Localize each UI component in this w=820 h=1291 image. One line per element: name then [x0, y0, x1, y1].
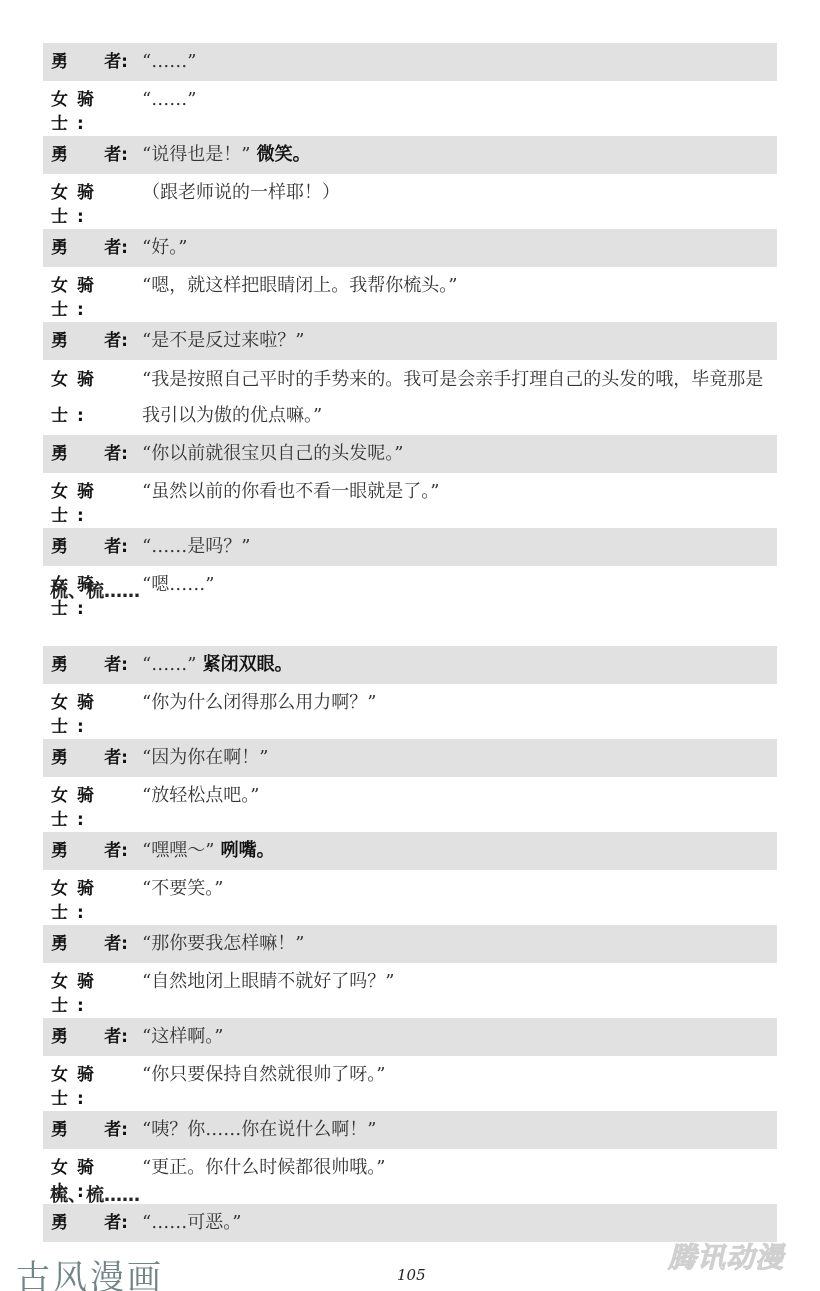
watermark-gufeng: 古风漫画 — [16, 1250, 164, 1291]
speaker-label: 勇者: — [43, 1211, 142, 1235]
speaker-label: 勇者: — [43, 653, 142, 677]
dialogue-text: “虽然以前的你看也不看一眼就是了。” — [142, 480, 777, 504]
dialogue-row: 女骑士:“你只要保持自然就很帅了呀。” — [43, 1056, 777, 1111]
page-number: 105 — [397, 1266, 426, 1284]
speaker-label: 女骑士: — [43, 88, 142, 136]
speaker-label: 女骑士: — [43, 362, 142, 434]
dialogue-block-1: 勇者:“……”女骑士:“……”勇者:“说得也是！” 微笑。女骑士:（跟老师说的一… — [43, 43, 777, 621]
dialogue-text: “说得也是！” 微笑。 — [142, 143, 777, 167]
dialogue-text: “……” — [142, 88, 777, 112]
speaker-label: 勇者: — [43, 932, 142, 956]
dialogue-row: 勇者:“嘿嘿～” 咧嘴。 — [43, 832, 777, 870]
dialogue-text: “好。” — [142, 236, 777, 260]
speaker-label: 女骑士: — [43, 181, 142, 229]
dialogue-text: “这样啊。” — [142, 1025, 777, 1049]
dialogue-row: 女骑士:“我是按照自己平时的手势来的。我可是会亲手打理自己的头发的哦，毕竟那是我… — [43, 360, 777, 435]
dialogue-text: “放轻松点吧。” — [142, 784, 777, 808]
dialogue-text: “自然地闭上眼睛不就好了吗？” — [142, 970, 777, 994]
dialogue-row: 女骑士:“更正。你什么时候都很帅哦。” — [43, 1149, 777, 1204]
dialogue-text: “……” — [142, 50, 777, 74]
dialogue-row: 勇者:“好。” — [43, 229, 777, 267]
dialogue-text: “嗯，就这样把眼睛闭上。我帮你梳头。” — [142, 274, 777, 298]
dialogue-text: “更正。你什么时候都很帅哦。” — [142, 1156, 777, 1180]
dialogue-row: 女骑士:“……” — [43, 81, 777, 136]
dialogue-row: 勇者:“……是吗？” — [43, 528, 777, 566]
speaker-label: 勇者: — [43, 143, 142, 167]
dialogue-text: “……是吗？” — [142, 535, 777, 559]
narration-2: 梳、梳…… — [50, 1181, 140, 1207]
narration-1: 梳、梳…… — [50, 577, 140, 603]
speaker-label: 勇者: — [43, 442, 142, 466]
dialogue-row: 勇者:“咦？你……你在说什么啊！” — [43, 1111, 777, 1149]
dialogue-text: “我是按照自己平时的手势来的。我可是会亲手打理自己的头发的哦，毕竟那是我引以为傲… — [142, 362, 777, 434]
dialogue-row: 勇者:“这样啊。” — [43, 1018, 777, 1056]
speaker-label: 女骑士: — [43, 877, 142, 925]
dialogue-text: “是不是反过来啦？” — [142, 329, 777, 353]
stage-action: 紧闭双眼。 — [196, 654, 292, 675]
dialogue-text: “咦？你……你在说什么啊！” — [142, 1118, 777, 1142]
speaker-label: 女骑士: — [43, 691, 142, 739]
dialogue-text: “你只要保持自然就很帅了呀。” — [142, 1063, 777, 1087]
dialogue-text: “嘿嘿～” 咧嘴。 — [142, 839, 777, 863]
dialogue-row: 女骑士:“虽然以前的你看也不看一眼就是了。” — [43, 473, 777, 528]
speaker-label: 女骑士: — [43, 1063, 142, 1111]
dialogue-text: “你以前就很宝贝自己的头发呢。” — [142, 442, 777, 466]
stage-action: 咧嘴。 — [214, 840, 274, 861]
dialogue-row: 女骑士:“自然地闭上眼睛不就好了吗？” — [43, 963, 777, 1018]
dialogue-row: 女骑士:“你为什么闭得那么用力啊？” — [43, 684, 777, 739]
dialogue-row: 女骑士:“不要笑。” — [43, 870, 777, 925]
dialogue-text: （跟老师说的一样耶！） — [142, 181, 777, 205]
dialogue-row: 勇者:“……可恶。” — [43, 1204, 777, 1242]
dialogue-row: 勇者:“是不是反过来啦？” — [43, 322, 777, 360]
dialogue-row: 勇者:“因为你在啊！” — [43, 739, 777, 777]
dialogue-text: “因为你在啊！” — [142, 746, 777, 770]
speaker-label: 勇者: — [43, 329, 142, 353]
dialogue-row: 女骑士:“放轻松点吧。” — [43, 777, 777, 832]
speaker-label: 勇者: — [43, 535, 142, 559]
dialogue-row: 勇者:“……” — [43, 43, 777, 81]
speaker-label: 勇者: — [43, 839, 142, 863]
speaker-label: 女骑士: — [43, 784, 142, 832]
dialogue-row: 勇者:“你以前就很宝贝自己的头发呢。” — [43, 435, 777, 473]
speaker-label: 女骑士: — [43, 274, 142, 322]
speaker-label: 勇者: — [43, 1025, 142, 1049]
speaker-label: 勇者: — [43, 236, 142, 260]
dialogue-text: “你为什么闭得那么用力啊？” — [142, 691, 777, 715]
watermark-tencent: 腾讯动漫 — [668, 1236, 798, 1270]
dialogue-row: 勇者:“……” 紧闭双眼。 — [43, 646, 777, 684]
speaker-label: 勇者: — [43, 50, 142, 74]
dialogue-row: 女骑士:（跟老师说的一样耶！） — [43, 174, 777, 229]
speaker-label: 勇者: — [43, 1118, 142, 1142]
dialogue-text: “那你要我怎样嘛！” — [142, 932, 777, 956]
dialogue-text: “嗯……” — [142, 573, 777, 597]
dialogue-row: 勇者:“那你要我怎样嘛！” — [43, 925, 777, 963]
speaker-label: 勇者: — [43, 746, 142, 770]
dialogue-text: “不要笑。” — [142, 877, 777, 901]
dialogue-block-2: 勇者:“……” 紧闭双眼。女骑士:“你为什么闭得那么用力啊？”勇者:“因为你在啊… — [43, 646, 777, 1242]
dialogue-row: 女骑士:“嗯，就这样把眼睛闭上。我帮你梳头。” — [43, 267, 777, 322]
dialogue-row: 女骑士:“嗯……” — [43, 566, 777, 621]
dialogue-text: “……可恶。” — [142, 1211, 777, 1235]
dialogue-text: “……” 紧闭双眼。 — [142, 653, 777, 677]
dialogue-row: 勇者:“说得也是！” 微笑。 — [43, 136, 777, 174]
stage-action: 微笑。 — [250, 144, 310, 165]
speaker-label: 女骑士: — [43, 480, 142, 528]
speaker-label: 女骑士: — [43, 970, 142, 1018]
